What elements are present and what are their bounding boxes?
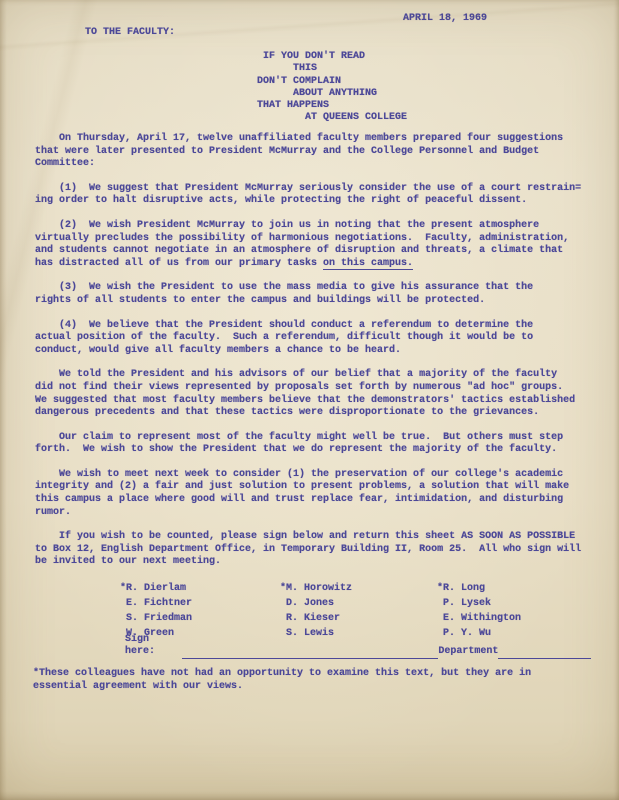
- underlined-phrase: on this campus.: [323, 258, 413, 271]
- department-label: Department: [438, 646, 498, 659]
- document-body: On Thursday, April 17, twelve unaffiliat…: [35, 133, 591, 705]
- paragraph-suggestion-2: (2) We wish President McMurray to join u…: [35, 220, 591, 270]
- signature-column-3: *R. Long P. Lysek E. Withington P. Y. Wu: [437, 581, 521, 641]
- paragraph-suggestion-1: (1) We suggest that President McMurray s…: [35, 183, 591, 208]
- paragraph-belief: We told the President and his advisors o…: [35, 369, 591, 419]
- suggestion-2-text: (2) We wish President McMurray to join u…: [35, 220, 569, 256]
- document-page: APRIL 18, 1969 TO THE FACULTY: IF YOU DO…: [0, 0, 619, 800]
- suggestion-2-last-line: has distracted all of us from our primar…: [35, 258, 323, 269]
- paragraph-intro: On Thursday, April 17, twelve unaffiliat…: [35, 133, 591, 171]
- date: APRIL 18, 1969: [403, 13, 487, 26]
- sign-here-label: Sign here:: [125, 634, 182, 659]
- department-blank-line: [498, 647, 591, 659]
- paragraph-claim: Our claim to represent most of the facul…: [35, 432, 591, 457]
- paragraph-suggestion-3: (3) We wish the President to use the mas…: [35, 282, 591, 307]
- signature-column-1: *R. Dierlam E. Fichtner S. Friedman W. G…: [120, 581, 280, 641]
- footnote: *These colleagues have not had an opport…: [33, 668, 591, 693]
- sign-row: Sign here:Department: [125, 645, 591, 659]
- paragraph-suggestion-4: (4) We believe that the President should…: [35, 320, 591, 358]
- paragraph-sign-instructions: If you wish to be counted, please sign b…: [35, 531, 591, 569]
- sign-here-blank-line: [182, 647, 438, 659]
- signature-column-2: *M. Horowitz D. Jones R. Kieser S. Lewis: [280, 581, 437, 641]
- headline: IF YOU DON'T READ THIS DON'T COMPLAIN AB…: [257, 51, 407, 125]
- paragraph-meeting: We wish to meet next week to consider (1…: [35, 469, 591, 519]
- signature-columns: *R. Dierlam E. Fichtner S. Friedman W. G…: [120, 581, 591, 641]
- salutation: TO THE FACULTY:: [85, 27, 175, 40]
